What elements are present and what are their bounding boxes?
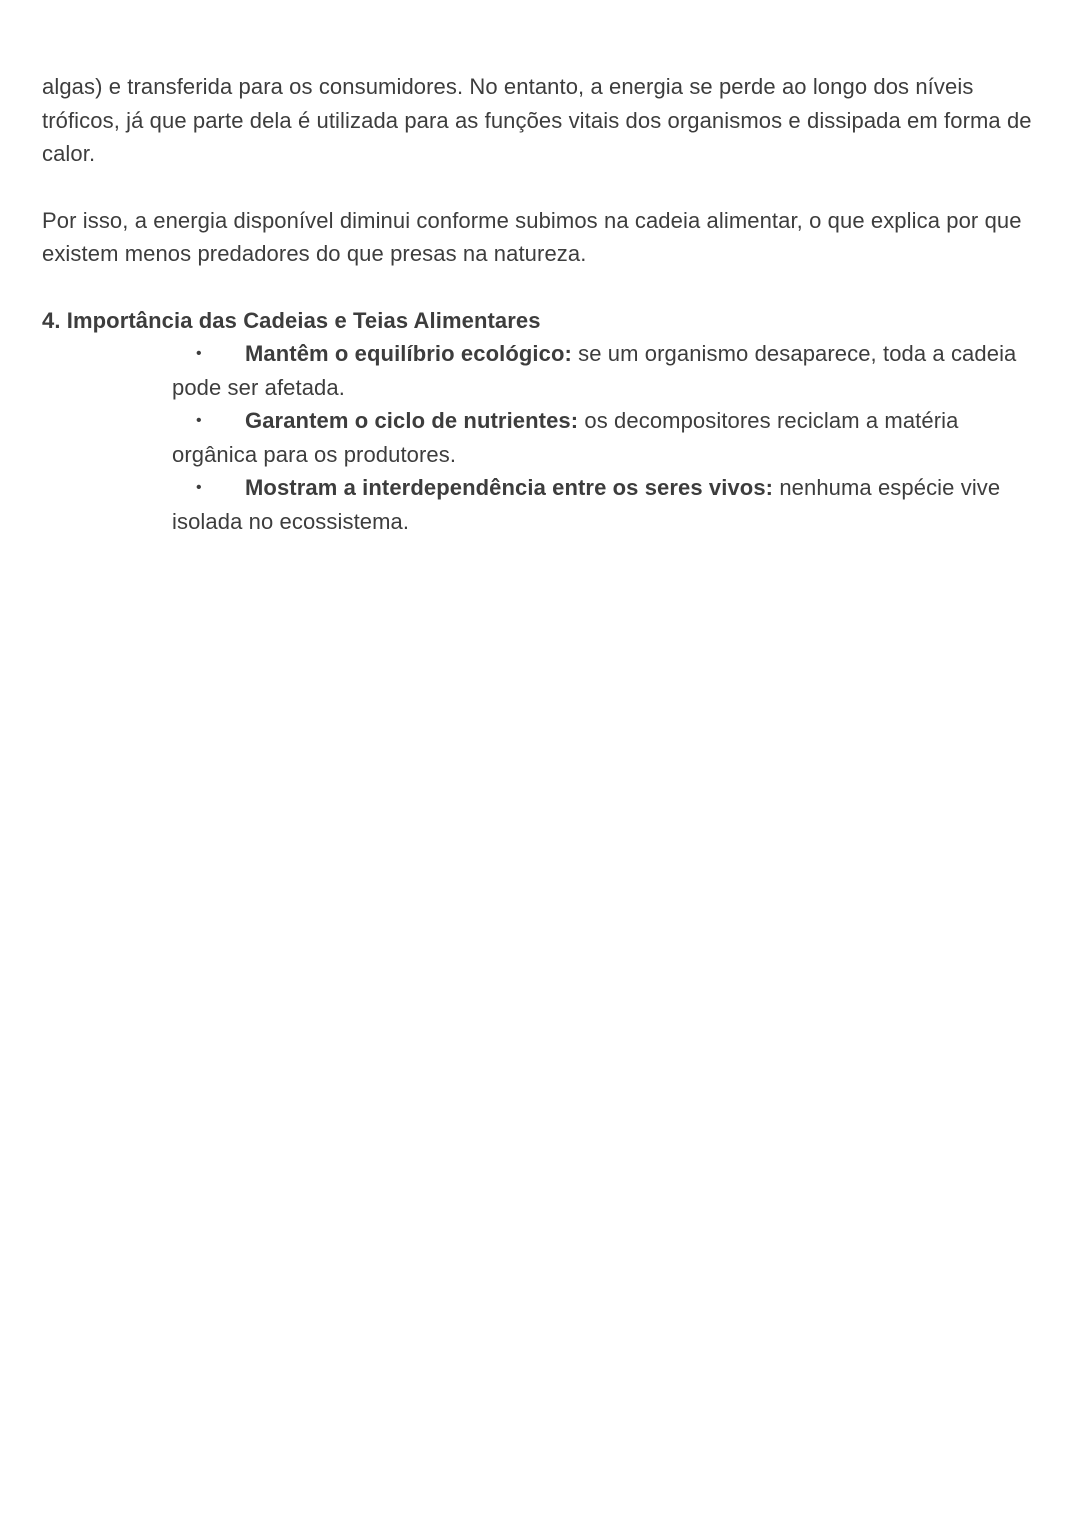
paragraph-energy-loss: algas) e transferida para os consumidore…	[42, 70, 1042, 171]
list-item: •Mantêm o equilíbrio ecológico: se um or…	[42, 337, 1042, 404]
bullet-icon: •	[196, 337, 202, 371]
bullet-term: Mantêm o equilíbrio ecológico:	[245, 341, 572, 366]
list-item: •Garantem o ciclo de nutrientes: os deco…	[42, 404, 1042, 471]
bullet-term: Mostram a interdependência entre os sere…	[245, 475, 773, 500]
importance-list: •Mantêm o equilíbrio ecológico: se um or…	[42, 337, 1042, 538]
paragraph-energy-decrease: Por isso, a energia disponível diminui c…	[42, 204, 1042, 271]
bullet-icon: •	[196, 404, 202, 438]
list-item: •Mostram a interdependência entre os ser…	[42, 471, 1042, 538]
bullet-term: Garantem o ciclo de nutrientes:	[245, 408, 578, 433]
section-heading: 4. Importância das Cadeias e Teias Alime…	[42, 304, 1042, 338]
bullet-icon: •	[196, 471, 202, 505]
document-page: algas) e transferida para os consumidore…	[42, 70, 1042, 538]
